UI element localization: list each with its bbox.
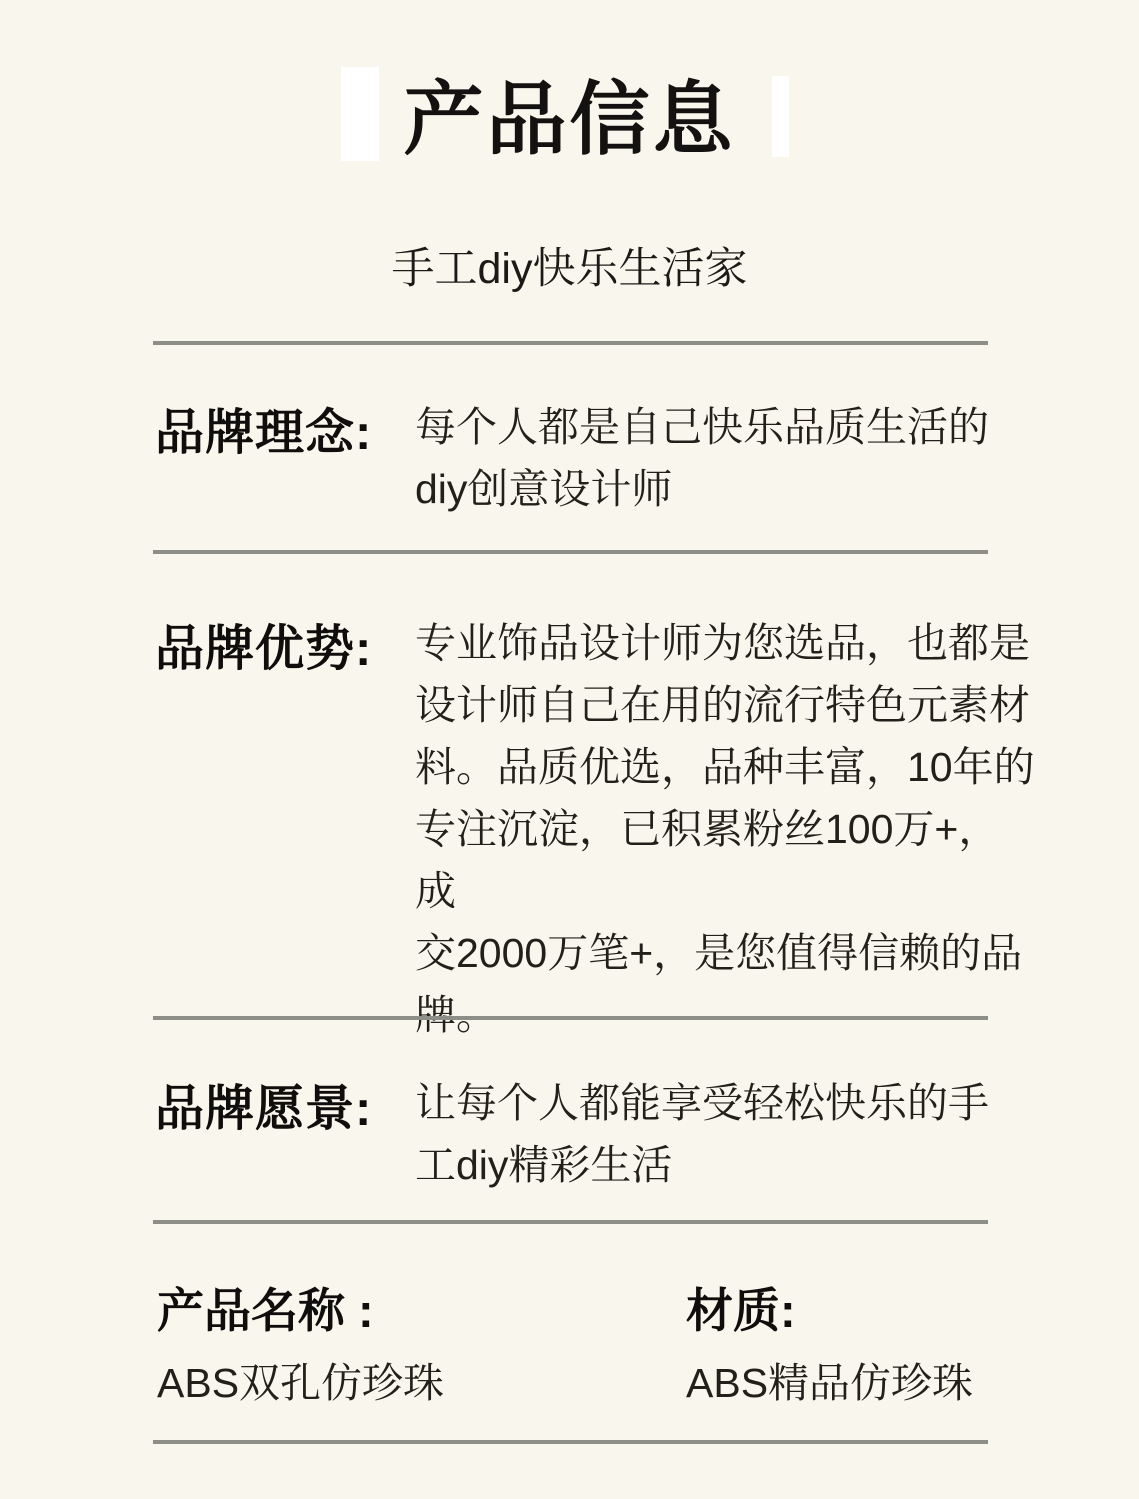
brand-vision-label: 品牌愿景: <box>155 1070 372 1140</box>
page-subtitle: 手工diy快乐生活家 <box>0 235 1139 296</box>
section-divider <box>153 1440 988 1444</box>
section-divider <box>153 1016 988 1020</box>
section-divider <box>153 550 988 554</box>
brand-vision-text: 让每个人都能享受轻松快乐的手 工diy精彩生活 <box>415 1072 1040 1196</box>
section-divider <box>153 1220 988 1224</box>
brand-advantage-text: 专业饰品设计师为您选品，也都是 设计师自己在用的流行特色元素材 料。品质优选，品… <box>415 612 1040 1046</box>
page-title: 产品信息 <box>0 76 1139 164</box>
material-label: 材质: <box>686 1274 796 1341</box>
brand-philosophy-label: 品牌理念: <box>155 394 372 464</box>
section-divider <box>153 341 988 345</box>
product-name-value: ABS双孔仿珍珠 <box>157 1350 444 1409</box>
product-name-label: 产品名称 : <box>157 1274 374 1341</box>
brand-advantage-label: 品牌优势: <box>155 610 372 680</box>
material-value: ABS精品仿珍珠 <box>686 1350 973 1409</box>
product-info-card: 产品信息 手工diy快乐生活家 品牌理念: 每个人都是自己快乐品质生活的 diy… <box>0 0 1139 1499</box>
brand-philosophy-text: 每个人都是自己快乐品质生活的 diy创意设计师 <box>415 396 1040 520</box>
